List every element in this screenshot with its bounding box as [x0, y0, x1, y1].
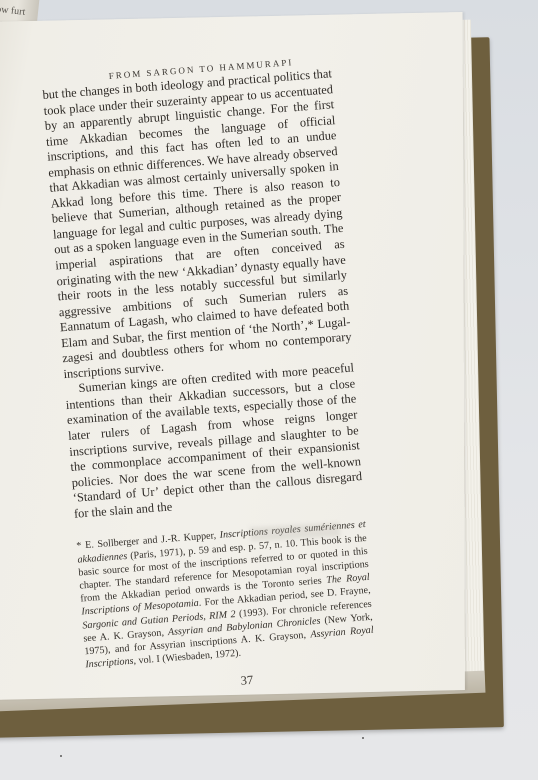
footnote: * E. Sollberger and J.-R. Kupper, Inscri… [76, 518, 375, 671]
dust-speck [60, 755, 62, 757]
page-text-block: FROM SARGON TO HAMMURAPI but the changes… [42, 66, 377, 700]
dust-speck [362, 737, 364, 739]
paragraph: but the changes in both ideology and pra… [42, 66, 353, 382]
footnote-marker: * [76, 541, 82, 552]
body-text: but the changes in both ideology and pra… [42, 66, 364, 522]
paragraph: Sumerian kings are often credited with m… [64, 361, 364, 522]
photo-scene: Low further respond a few by of later ad… [0, 0, 538, 780]
